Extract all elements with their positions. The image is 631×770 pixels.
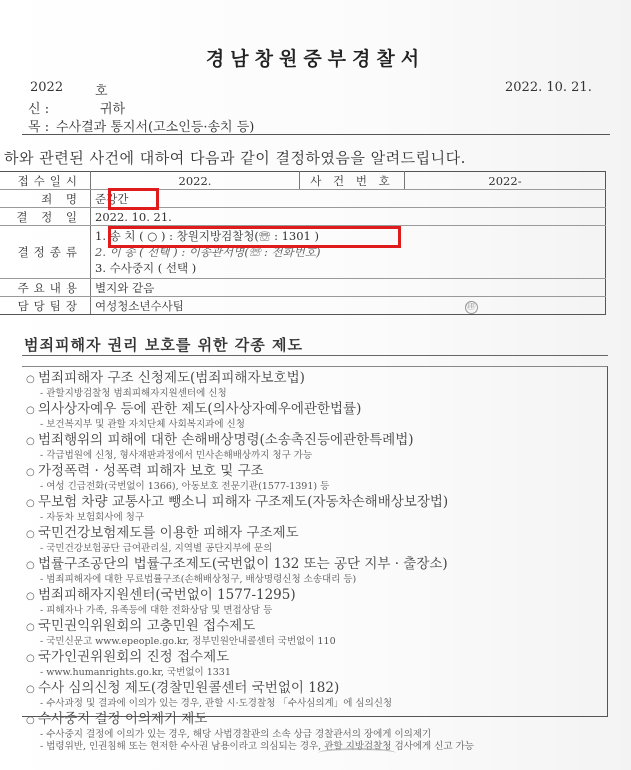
summary-value: 별지와 같음 [91, 279, 606, 297]
list-item: ○의사상자예우 등에 관한 제도(의사상자예우에관한법률)- 보건복지부 및 관… [26, 401, 606, 431]
circle-bullet-icon: ○ [26, 558, 38, 574]
list-item-detail: - 범죄피해자에 대한 무료법률구조(손해배상청구, 배상명령신청 소송대리 등… [26, 574, 606, 586]
rights-items-list: ○범죄피해자 구조 신청제도(범죄피해자보호법)- 관할지방검찰청 범죄피해자지… [26, 370, 606, 754]
decision-date-value: 2022. 10. 21. [91, 208, 606, 226]
list-item-title-text: 의사상자예우 등에 관한 제도(의사상자예우에관한법률) [38, 401, 361, 417]
officer-label: 담당팀장 [0, 297, 91, 315]
issue-date: 2022. 10. 21. [505, 80, 592, 95]
decision-option-transfer-agency: 2. 이 송 ( 선택 ) : 이송관서명(☏ : 전화번호) [95, 244, 601, 260]
list-item-title-text: 수사중지 결정 이의제기 제도 [38, 711, 207, 727]
list-item-title: ○수사중지 결정 이의제기 제도 [26, 711, 606, 729]
list-item-detail: - 보건복지부 및 관할 자치단체 사회복지과에 신청 [26, 419, 606, 431]
list-item-detail: - 국민신문고 www.epeople.go.kr, 정부민원안내콜센터 국번없… [26, 636, 606, 648]
list-item-title: ○국가인권위원회의 진정 접수제도 [26, 649, 606, 667]
decision-option-transfer-prosecution: 1. 송 치 ( ○ ) : 창원지방검찰청(☏ : 1301 ) [95, 228, 601, 244]
circle-bullet-icon: ○ [26, 713, 38, 729]
list-item-title: ○무보험 차량 교통사고 뺑소니 피해자 구조제도(자동차손해배상보장법) [26, 494, 606, 512]
list-item: ○범죄피해자 구조 신청제도(범죄피해자보호법)- 관할지방검찰청 범죄피해자지… [26, 370, 606, 400]
subject-label: 목 : [28, 116, 49, 135]
table-row-decision-type: 결정종류 1. 송 치 ( ○ ) : 창원지방검찰청(☏ : 1301 ) 2… [0, 226, 606, 279]
circle-bullet-icon: ○ [26, 434, 38, 450]
case-info-table: 접수일시 2022. 사 건 번 호 2022- 죄 명 준강간 결 정 일 2… [0, 171, 606, 315]
list-item-title-text: 국민건강보험제도를 이용한 피해자 구조제도 [38, 525, 299, 541]
list-item: ○국민건강보험제도를 이용한 피해자 구조제도- 국민건강보험공단 급여관리실,… [26, 525, 606, 555]
list-item-title: ○국민권익위원회의 고충민원 접수제도 [26, 618, 606, 636]
decision-type-label: 결정종류 [0, 226, 91, 279]
doc-number-suffix: 호 [95, 80, 108, 99]
list-item-detail: - 수사중지 결정에 이의가 있는 경우, 해당 사법경찰관의 소속 상급 경찰… [26, 729, 606, 741]
circle-bullet-icon: ○ [26, 589, 38, 605]
received-value: 2022. [91, 172, 300, 190]
list-item: ○국민권익위원회의 고충민원 접수제도- 국민신문고 www.epeople.g… [26, 618, 606, 648]
list-item-detail: - 피해자나 가족, 유족등에 대한 전화상담 및 면접상담 등 [26, 605, 606, 617]
case-number-value: 2022- [405, 172, 606, 190]
scanned-notice-page: 경남창원중부경찰서 2022 호 2022. 10. 21. 신 : 귀하 목 … [0, 0, 631, 770]
list-item: ○무보험 차량 교통사고 뺑소니 피해자 구조제도(자동차손해배상보장법)- 자… [26, 494, 606, 524]
intro-sentence: 하와 관련된 사건에 대하여 다음과 같이 결정하였음을 알려드립니다. [4, 147, 466, 168]
table-row-officer: 담당팀장 여성청소년수사팀 ㊞ [0, 297, 606, 315]
list-item-title-text: 무보험 차량 교통사고 뺑소니 피해자 구조제도(자동차손해배상보장법) [38, 494, 448, 510]
header-divider [22, 134, 610, 135]
table-row-summary: 주요내용 별지와 같음 [0, 279, 606, 297]
list-item-detail: - 각급법원에 신청, 형사재판과정에서 민사손해배상까지 청구 가능 [26, 450, 606, 462]
recipient-label: 신 : [28, 98, 49, 117]
list-item-title-text: 범죄피해자지원센터(국번없이 1577-1295) [38, 587, 296, 603]
received-label: 접수일시 [0, 172, 91, 190]
list-item-detail: - 여성 긴급전화(국번없이 1366), 아동보호 전문기관(1577-139… [26, 481, 606, 493]
doc-number-prefix: 2022 [30, 80, 63, 95]
list-item: ○가정폭력 · 성폭력 피해자 보호 및 구조- 여성 긴급전화(국번없이 13… [26, 463, 606, 493]
list-item-detail: - 법령위반, 인권침해 또는 현저한 수사권 남용이라고 의심되는 경우, 관… [26, 741, 606, 753]
list-item-title: ○의사상자예우 등에 관한 제도(의사상자예우에관한법률) [26, 401, 606, 419]
recipient-suffix: 귀하 [100, 98, 125, 117]
list-item-detail: - www.humanrights.go.kr, 국번없이 1331 [26, 667, 606, 679]
subject-text: 수사결과 통지서(고소인등·송치 등) [56, 116, 254, 135]
stamp-mark [318, 748, 396, 758]
circle-bullet-icon: ○ [26, 496, 38, 512]
circle-bullet-icon: ○ [26, 651, 38, 667]
decision-options: 1. 송 치 ( ○ ) : 창원지방검찰청(☏ : 1301 ) 2. 이 송… [91, 226, 606, 279]
case-number-label: 사 건 번 호 [300, 172, 405, 190]
list-item: ○범죄피해자지원센터(국번없이 1577-1295)- 피해자나 가족, 유족등… [26, 587, 606, 617]
list-item-title: ○법률구조공단의 법률구조제도(국번없이 132 또는 공단 지부 · 출장소) [26, 556, 606, 574]
crime-label: 죄 명 [0, 190, 91, 208]
list-item-detail: - 수사과정 및 결과에 이의가 있는 경우, 관할 시·도경찰청 「수사심의계… [26, 698, 606, 710]
circle-bullet-icon: ○ [26, 620, 38, 636]
table-row-received: 접수일시 2022. 사 건 번 호 2022- [0, 172, 606, 190]
decision-date-label: 결 정 일 [0, 208, 91, 226]
list-item-title-text: 범죄피해자 구조 신청제도(범죄피해자보호법) [38, 370, 305, 386]
list-item-title-text: 법률구조공단의 법률구조제도(국번없이 132 또는 공단 지부 · 출장소) [38, 556, 448, 572]
list-item-title-text: 수사 심의신청 제도(경찰민원콜센터 국번없이 182) [38, 680, 339, 696]
circle-bullet-icon: ○ [26, 372, 38, 388]
list-item-detail: - 관할지방검찰청 범죄피해자지원센터에 신청 [26, 388, 606, 400]
rights-section-title: 범죄피해자 권리 보호를 위한 각종 제도 [24, 334, 303, 355]
decision-option-suspend: 3. 수사중지 ( 선택 ) [95, 260, 601, 276]
list-item-detail: - 자동차 보험회사에 청구 [26, 512, 606, 524]
list-item: ○범죄행위의 피해에 대한 손해배상명령(소송촉진등에관한특례법)- 각급법원에… [26, 432, 606, 462]
list-item-title: ○국민건강보험제도를 이용한 피해자 구조제도 [26, 525, 606, 543]
officer-value: 여성청소년수사팀 [91, 297, 405, 315]
circle-bullet-icon: ○ [26, 527, 38, 543]
list-item: ○법률구조공단의 법률구조제도(국번없이 132 또는 공단 지부 · 출장소)… [26, 556, 606, 586]
section-divider [22, 355, 608, 356]
list-item-detail: - 국민건강보험공단 급여관리실, 지역별 공단지부에 문의 [26, 543, 606, 555]
circle-bullet-icon: ○ [26, 465, 38, 481]
list-item-title: ○범죄피해자 구조 신청제도(범죄피해자보호법) [26, 370, 606, 388]
list-item-title: ○수사 심의신청 제도(경찰민원콜센터 국번없이 182) [26, 680, 606, 698]
list-item-title: ○가정폭력 · 성폭력 피해자 보호 및 구조 [26, 463, 606, 481]
circle-bullet-icon: ○ [26, 682, 38, 698]
table-row-decision-date: 결 정 일 2022. 10. 21. [0, 208, 606, 226]
list-item-title-text: 가정폭력 · 성폭력 피해자 보호 및 구조 [38, 463, 264, 479]
table-row-crime: 죄 명 준강간 [0, 190, 606, 208]
list-item: ○수사중지 결정 이의제기 제도- 수사중지 결정에 이의가 있는 경우, 해당… [26, 711, 606, 753]
summary-label: 주요내용 [0, 279, 91, 297]
list-item-title-text: 국가인권위원회의 진정 접수제도 [38, 649, 229, 665]
crime-value: 준강간 [91, 190, 606, 208]
seal-icon: ㊞ [465, 301, 478, 314]
list-item: ○국가인권위원회의 진정 접수제도- www.humanrights.go.kr… [26, 649, 606, 679]
list-item-title-text: 국민권익위원회의 고충민원 접수제도 [38, 618, 255, 634]
list-item: ○수사 심의신청 제도(경찰민원콜센터 국번없이 182)- 수사과정 및 결과… [26, 680, 606, 710]
agency-title: 경남창원중부경찰서 [0, 44, 631, 71]
list-item-title: ○범죄행위의 피해에 대한 손해배상명령(소송촉진등에관한특례법) [26, 432, 606, 450]
list-item-title: ○범죄피해자지원센터(국번없이 1577-1295) [26, 587, 606, 605]
circle-bullet-icon: ○ [26, 403, 38, 419]
officer-seal: ㊞ [405, 297, 606, 315]
list-item-title-text: 범죄행위의 피해에 대한 손해배상명령(소송촉진등에관한특례법) [38, 432, 414, 448]
